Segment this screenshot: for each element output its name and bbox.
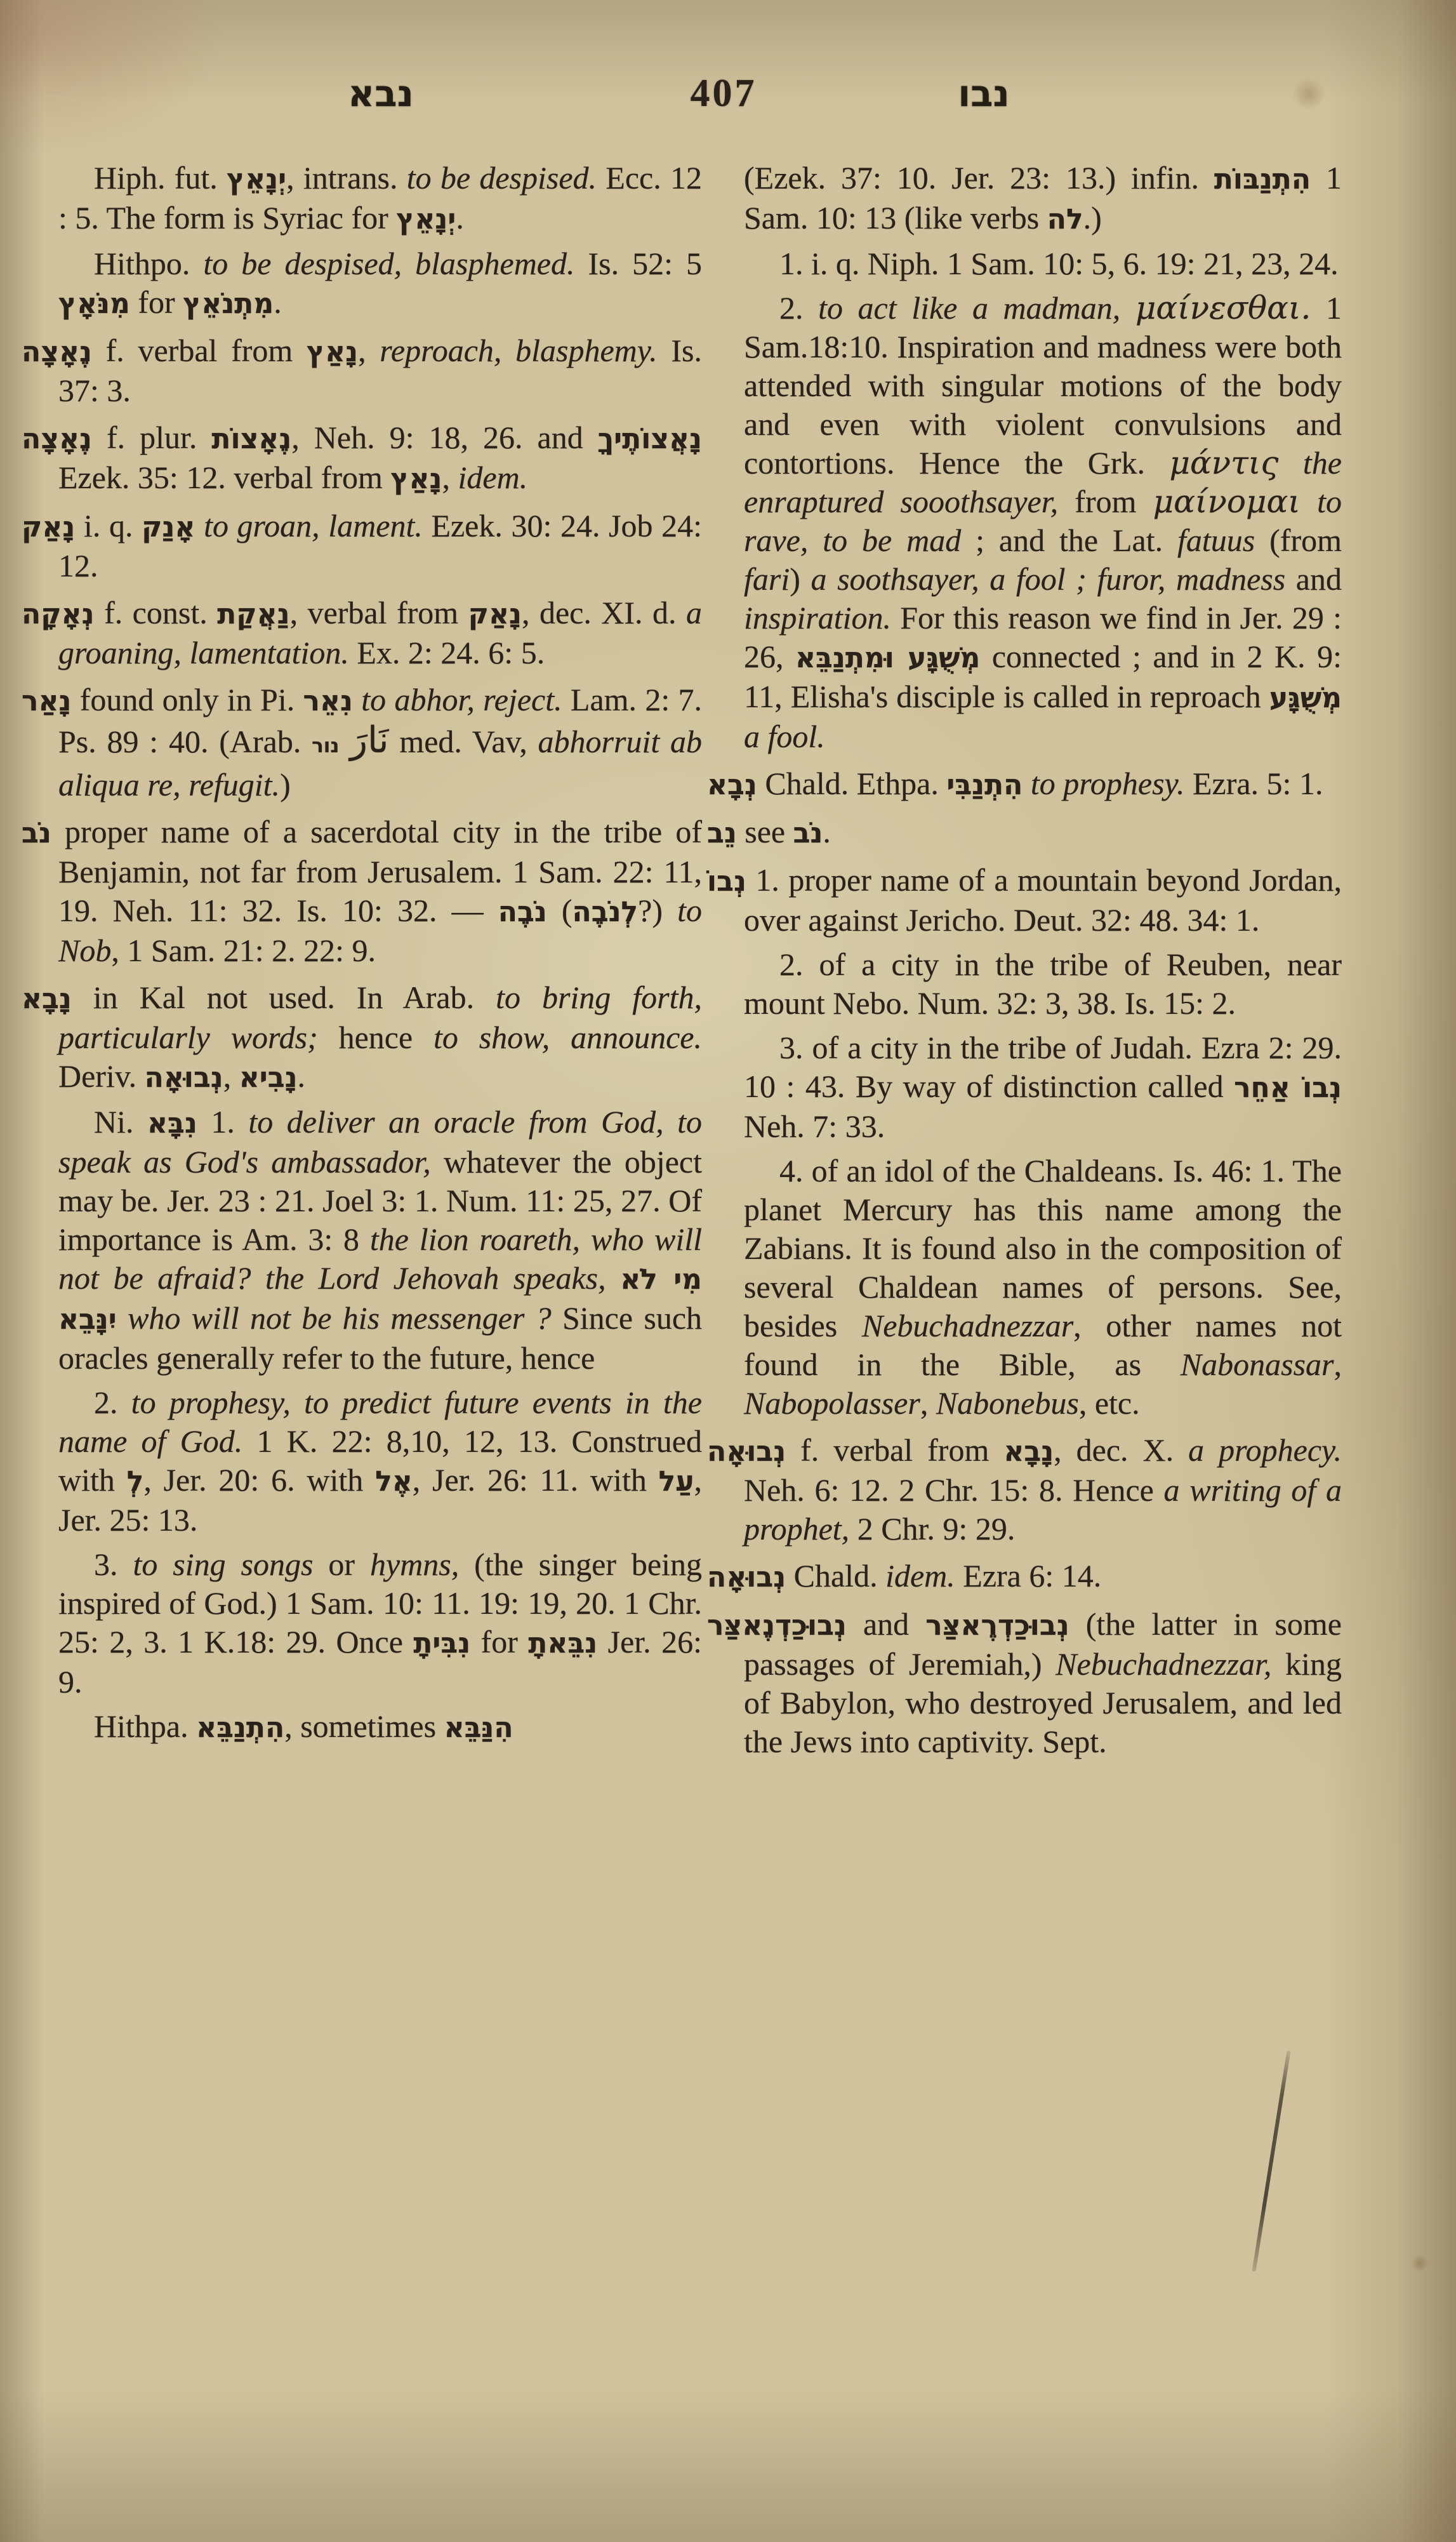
dictionary-paragraph: נֶאָצָה f. verbal from נָאַץ, reproach, …: [58, 331, 702, 410]
text-run: ?): [638, 893, 677, 928]
text-run: [339, 724, 350, 759]
text-run: f. plur.: [92, 420, 211, 455]
dictionary-paragraph: נְבוּאָה f. verbal from נָבָא, dec. X. a…: [744, 1431, 1342, 1548]
text-run: 1. i. q. Niph. 1 Sam. 10: 5, 6. 19: 21, …: [779, 246, 1339, 281]
hebrew-word: מְשֻׁגָּע: [1269, 682, 1342, 714]
text-run: [353, 682, 361, 717]
text-run: 3.: [94, 1547, 133, 1582]
text-run: Is. 52: 5: [575, 246, 703, 281]
hebrew-word: נֹבֶה: [498, 896, 547, 928]
hebrew-word: מִתְנֹאֵץ: [183, 288, 274, 320]
dictionary-paragraph: נְאָקָה f. const. נַאֲקַת, verbal from נ…: [58, 594, 702, 672]
dictionary-paragraph: נָבָא in Kal not used. In Arab. to bring…: [58, 978, 702, 1097]
italic-text-run: Nebuchadnezzar: [862, 1308, 1073, 1343]
text-run: 2.: [779, 290, 818, 326]
text-run: Ex. 2: 24. 6: 5.: [349, 635, 545, 670]
text-run: see: [737, 814, 793, 849]
hebrew-word: נָבִיא: [239, 1061, 298, 1094]
hebrew-word: נֶאָצָה: [22, 336, 92, 368]
hebrew-word: יְנָאֵץ: [396, 203, 456, 236]
text-run: , Neh. 9: 18, 26. and: [291, 420, 597, 455]
text-run: , sometimes: [284, 1708, 444, 1744]
hebrew-word: נֶאָצָה: [22, 423, 92, 455]
dictionary-paragraph: נְבוּכַדְנֶאצַּר and נְבוּכַדְרֶאצַּר (t…: [744, 1605, 1342, 1761]
text-run: ,: [920, 1385, 936, 1421]
greek-word: μάντις: [1169, 444, 1278, 481]
text-run: Ezek. 35: 12. verbal from: [58, 460, 390, 495]
text-run: , Jer. 26: 11. with: [413, 1462, 659, 1498]
hebrew-word: נֹב: [22, 817, 51, 849]
dictionary-paragraph: 2. to prophesy, to predict future events…: [58, 1383, 702, 1540]
hebrew-word: הִתְנַבּוֹת: [1214, 163, 1311, 196]
left-text-column: Hiph. fut. יְנָאֵץ, intrans. to be despi…: [58, 159, 702, 1753]
text-run: [1120, 290, 1135, 326]
text-run: [606, 1260, 621, 1296]
italic-text-run: idem.: [458, 460, 528, 495]
text-run: and: [1285, 561, 1342, 597]
hebrew-word: יְנָאֵץ: [227, 163, 286, 196]
hebrew-word: נָבָא: [1003, 1435, 1054, 1468]
hebrew-word: נִבָּא: [147, 1107, 197, 1140]
text-run: [1300, 484, 1317, 519]
text-run: , etc.: [1079, 1385, 1140, 1421]
text-run: [195, 508, 204, 543]
text-run: [1278, 445, 1303, 481]
dictionary-paragraph: נֹב proper name of a sacerdotal city in …: [58, 813, 702, 970]
text-run: Chald.: [786, 1558, 885, 1594]
dictionary-paragraph: נֶאָצָה f. plur. נֶאָצוֹת, Neh. 9: 18, 2…: [58, 418, 702, 498]
text-run: (from: [1255, 522, 1342, 558]
text-run: , dec. X.: [1054, 1432, 1188, 1468]
text-run: , Jer. 20: 6. with: [143, 1462, 375, 1498]
text-run: Ni.: [94, 1104, 147, 1140]
text-run: ,: [1334, 1347, 1342, 1382]
text-run: f. verbal from: [92, 333, 307, 368]
dictionary-paragraph: נְבָא Chald. Ethpa. הִתְנַבִּי to prophe…: [744, 764, 1342, 804]
text-run: , 1 Sam. 21: 2. 22: 9.: [111, 933, 376, 968]
text-run: i. q.: [75, 508, 142, 543]
italic-text-run: a soothsayer, a fool ; furor, madness: [811, 561, 1286, 597]
right-text-column: (Ezek. 37: 10. Jer. 23: 13.) infin. הִתְ…: [744, 159, 1342, 1767]
text-run: med. Vav,: [389, 724, 538, 759]
text-run: .: [456, 200, 464, 236]
text-run: ): [280, 767, 291, 802]
text-run: for: [470, 1624, 528, 1660]
text-run: and: [847, 1606, 925, 1642]
hebrew-word: נֹב: [793, 817, 823, 849]
text-run: .: [274, 284, 282, 320]
italic-text-run: to groan, lament.: [204, 508, 423, 543]
hebrew-word: נַאֲקַת: [217, 598, 289, 630]
greek-word: μαίνεσθαι.: [1135, 289, 1311, 326]
hebrew-word: נִאֵר: [303, 685, 353, 717]
pen-mark-artifact: [1252, 2051, 1291, 2272]
text-run: ): [790, 561, 811, 597]
text-run: Hithpo.: [94, 246, 203, 281]
text-run: , intrans.: [286, 160, 407, 196]
text-run: Chald. Ethpa.: [757, 766, 947, 801]
text-run: from: [1058, 484, 1153, 519]
text-run: 2. of a city in the tribe of Reuben, nea…: [744, 947, 1342, 1021]
text-run: hence: [318, 1020, 433, 1055]
italic-text-run: who will not be his messenger ?: [128, 1300, 552, 1336]
hebrew-word: נְבוּכַדְרֶאצַּר: [925, 1609, 1069, 1642]
text-run: Deriv.: [58, 1058, 145, 1094]
text-run: ,: [442, 460, 458, 495]
italic-text-run: inspiration.: [744, 600, 891, 635]
italic-text-run: reproach, blasphemy.: [380, 333, 657, 368]
text-run: 1. proper name of a mountain beyond Jord…: [744, 862, 1342, 938]
italic-text-run: to act like a madman,: [818, 290, 1120, 326]
italic-text-run: to abhor, reject.: [361, 682, 562, 717]
hebrew-word: נָבָא: [22, 983, 72, 1015]
italic-text-run: Nabopolasser: [744, 1385, 920, 1421]
dictionary-paragraph: 3. to sing songs or hymns, (the singer b…: [58, 1545, 702, 1701]
lexicon-page-scan: נבא 407 נבו Hiph. fut. יְנָאֵץ, intrans.…: [0, 0, 1456, 2542]
hebrew-word: אָנַק: [142, 511, 195, 543]
dictionary-paragraph: Ni. נִבָּא 1. to deliver an oracle from …: [58, 1103, 702, 1378]
text-run: [1023, 766, 1031, 801]
hebrew-word: נְבוּאָה: [145, 1061, 223, 1094]
italic-text-run: Nabonebus: [936, 1385, 1079, 1421]
text-run: (Ezek. 37: 10. Jer. 23: 13.) infin.: [744, 160, 1214, 196]
hebrew-word: נֶאָצוֹת: [211, 423, 291, 455]
hebrew-word: נָאַץ: [390, 463, 442, 495]
hebrew-word: נִבִּיתָ: [413, 1627, 470, 1660]
hebrew-word: נְבָא: [707, 769, 757, 801]
text-run: or: [313, 1547, 370, 1582]
hebrew-word: נְבוֹ אַחֵר: [1234, 1072, 1342, 1104]
hebrew-word: הִתְנַבִּי: [946, 769, 1023, 801]
hebrew-word: נָאַר: [22, 685, 71, 717]
hebrew-word: נְבוֹ: [707, 865, 746, 898]
dictionary-paragraph: נָאַק i. q. אָנַק to groan, lament. Ezek…: [58, 507, 702, 585]
hebrew-word: לְנֹבֶה: [572, 896, 639, 928]
dictionary-paragraph: Hiph. fut. יְנָאֵץ, intrans. to be despi…: [58, 159, 702, 239]
italic-text-run: a prophecy.: [1188, 1432, 1342, 1468]
hebrew-word-small: נור: [312, 735, 339, 757]
hebrew-word: נְאָקָה: [22, 598, 95, 630]
hebrew-word: נִבֵּאתָ: [528, 1627, 597, 1660]
text-run: Neh. 6: 12. 2 Chr. 15: 8. Hence: [744, 1472, 1164, 1508]
italic-text-run: to sing songs: [133, 1547, 313, 1582]
italic-text-run: Nebuchadnezzar,: [1056, 1646, 1271, 1682]
text-run: (: [547, 893, 572, 928]
text-run: for: [130, 284, 183, 320]
text-run: , dec. XI. d.: [522, 595, 686, 630]
hebrew-word: עַל: [659, 1465, 694, 1498]
dictionary-paragraph: (Ezek. 37: 10. Jer. 23: 13.) infin. הִתְ…: [744, 159, 1342, 239]
running-head-left-hebrew: נבא: [279, 58, 482, 128]
dictionary-paragraph: 2. to act like a madman, μαίνεσθαι. 1 Sa…: [744, 289, 1342, 756]
hebrew-word: הִנַּבֵּא: [444, 1712, 513, 1744]
hebrew-word: נְבוּאָה: [707, 1435, 786, 1468]
text-run: in Kal not used. In Arab.: [72, 980, 496, 1015]
text-run: Ezra. 5: 1.: [1184, 766, 1323, 801]
running-head-right-hebrew: נבו: [882, 58, 1085, 128]
hebrew-word: לְ: [127, 1465, 144, 1498]
hebrew-word: נָאַק: [22, 511, 75, 543]
dictionary-paragraph: נָאַר found only in Pi. נִאֵר to abhor, …: [58, 681, 702, 804]
text-run: .): [1083, 200, 1102, 236]
italic-text-run: Nabonassar: [1181, 1347, 1334, 1382]
italic-text-run: fari: [744, 561, 790, 597]
text-run: f. const.: [95, 595, 218, 630]
italic-text-run: a fool.: [744, 719, 825, 754]
text-run: ; and the Lat.: [961, 522, 1177, 558]
dictionary-paragraph: Hithpo. to be despised, blasphemed. Is. …: [58, 244, 702, 323]
dictionary-paragraph: 2. of a city in the tribe of Reuben, nea…: [744, 945, 1342, 1023]
text-run: ,: [223, 1058, 239, 1094]
text-run: Hithpa.: [94, 1708, 196, 1744]
text-run: .: [298, 1058, 306, 1094]
hebrew-word: הִתְנַבֵּא: [196, 1712, 284, 1744]
dictionary-paragraph: Hithpa. הִתְנַבֵּא, sometimes הִנַּבֵּא: [58, 1707, 702, 1747]
page-number: 407: [622, 58, 825, 128]
hebrew-word: לה: [1047, 203, 1083, 236]
hebrew-word: נָאַץ: [307, 336, 358, 368]
text-run: , verbal from: [290, 595, 468, 630]
hebrew-word: נְבוּכַדְנֶאצַּר: [707, 1609, 847, 1642]
arabic-word: نَارَ: [350, 719, 388, 761]
hebrew-word: אֶל: [375, 1465, 413, 1498]
italic-text-run: to be despised, blasphemed.: [203, 246, 574, 281]
italic-text-run: to be despised.: [407, 160, 597, 196]
italic-text-run: hymns,: [370, 1547, 459, 1582]
dictionary-paragraph: 3. of a city in the tribe of Judah. Ezra…: [744, 1028, 1342, 1146]
dictionary-paragraph: 4. of an idol of the Chaldeans. Is. 46: …: [744, 1152, 1342, 1423]
text-run: found only in Pi.: [71, 682, 303, 717]
italic-text-run: to show, announce.: [433, 1020, 702, 1055]
dictionary-paragraph: נְבוּאָה Chald. idem. Ezra 6: 14.: [744, 1557, 1342, 1597]
dictionary-paragraph: נֵב see נֹב.: [744, 813, 1342, 853]
italic-text-run: to prophesy.: [1031, 766, 1185, 801]
hebrew-word: מִנֹּאָץ: [58, 288, 130, 320]
italic-text-run: idem.: [885, 1558, 955, 1594]
text-run: .: [823, 814, 831, 849]
hebrew-word: נָאֲצוֹתֶיךָ: [598, 423, 702, 455]
dictionary-paragraph: נְבוֹ 1. proper name of a mountain beyon…: [744, 861, 1342, 940]
text-run: 2 Chr. 9: 29.: [849, 1511, 1015, 1547]
text-run: Neh. 7: 33.: [744, 1108, 885, 1144]
text-run: Hiph. fut.: [94, 160, 227, 196]
italic-text-run: fatuus: [1177, 522, 1255, 558]
text-run: ,: [358, 333, 380, 368]
text-run: f. verbal from: [786, 1432, 1003, 1468]
text-run: 2.: [94, 1385, 131, 1420]
text-run: [117, 1300, 128, 1336]
hebrew-word: נְבוּאָה: [707, 1561, 786, 1594]
text-run: 1.: [197, 1104, 249, 1140]
dictionary-paragraph: 1. i. q. Niph. 1 Sam. 10: 5, 6. 19: 21, …: [744, 244, 1342, 283]
hebrew-word: נֵב: [707, 817, 737, 849]
greek-word: μαίνομαι: [1153, 483, 1300, 520]
text-run: Ezra 6: 14.: [955, 1558, 1101, 1594]
hebrew-word: נָאַק: [468, 598, 522, 630]
hebrew-word: מְשֻׁגָּע וּמִתְנַבֵּא: [795, 642, 980, 674]
